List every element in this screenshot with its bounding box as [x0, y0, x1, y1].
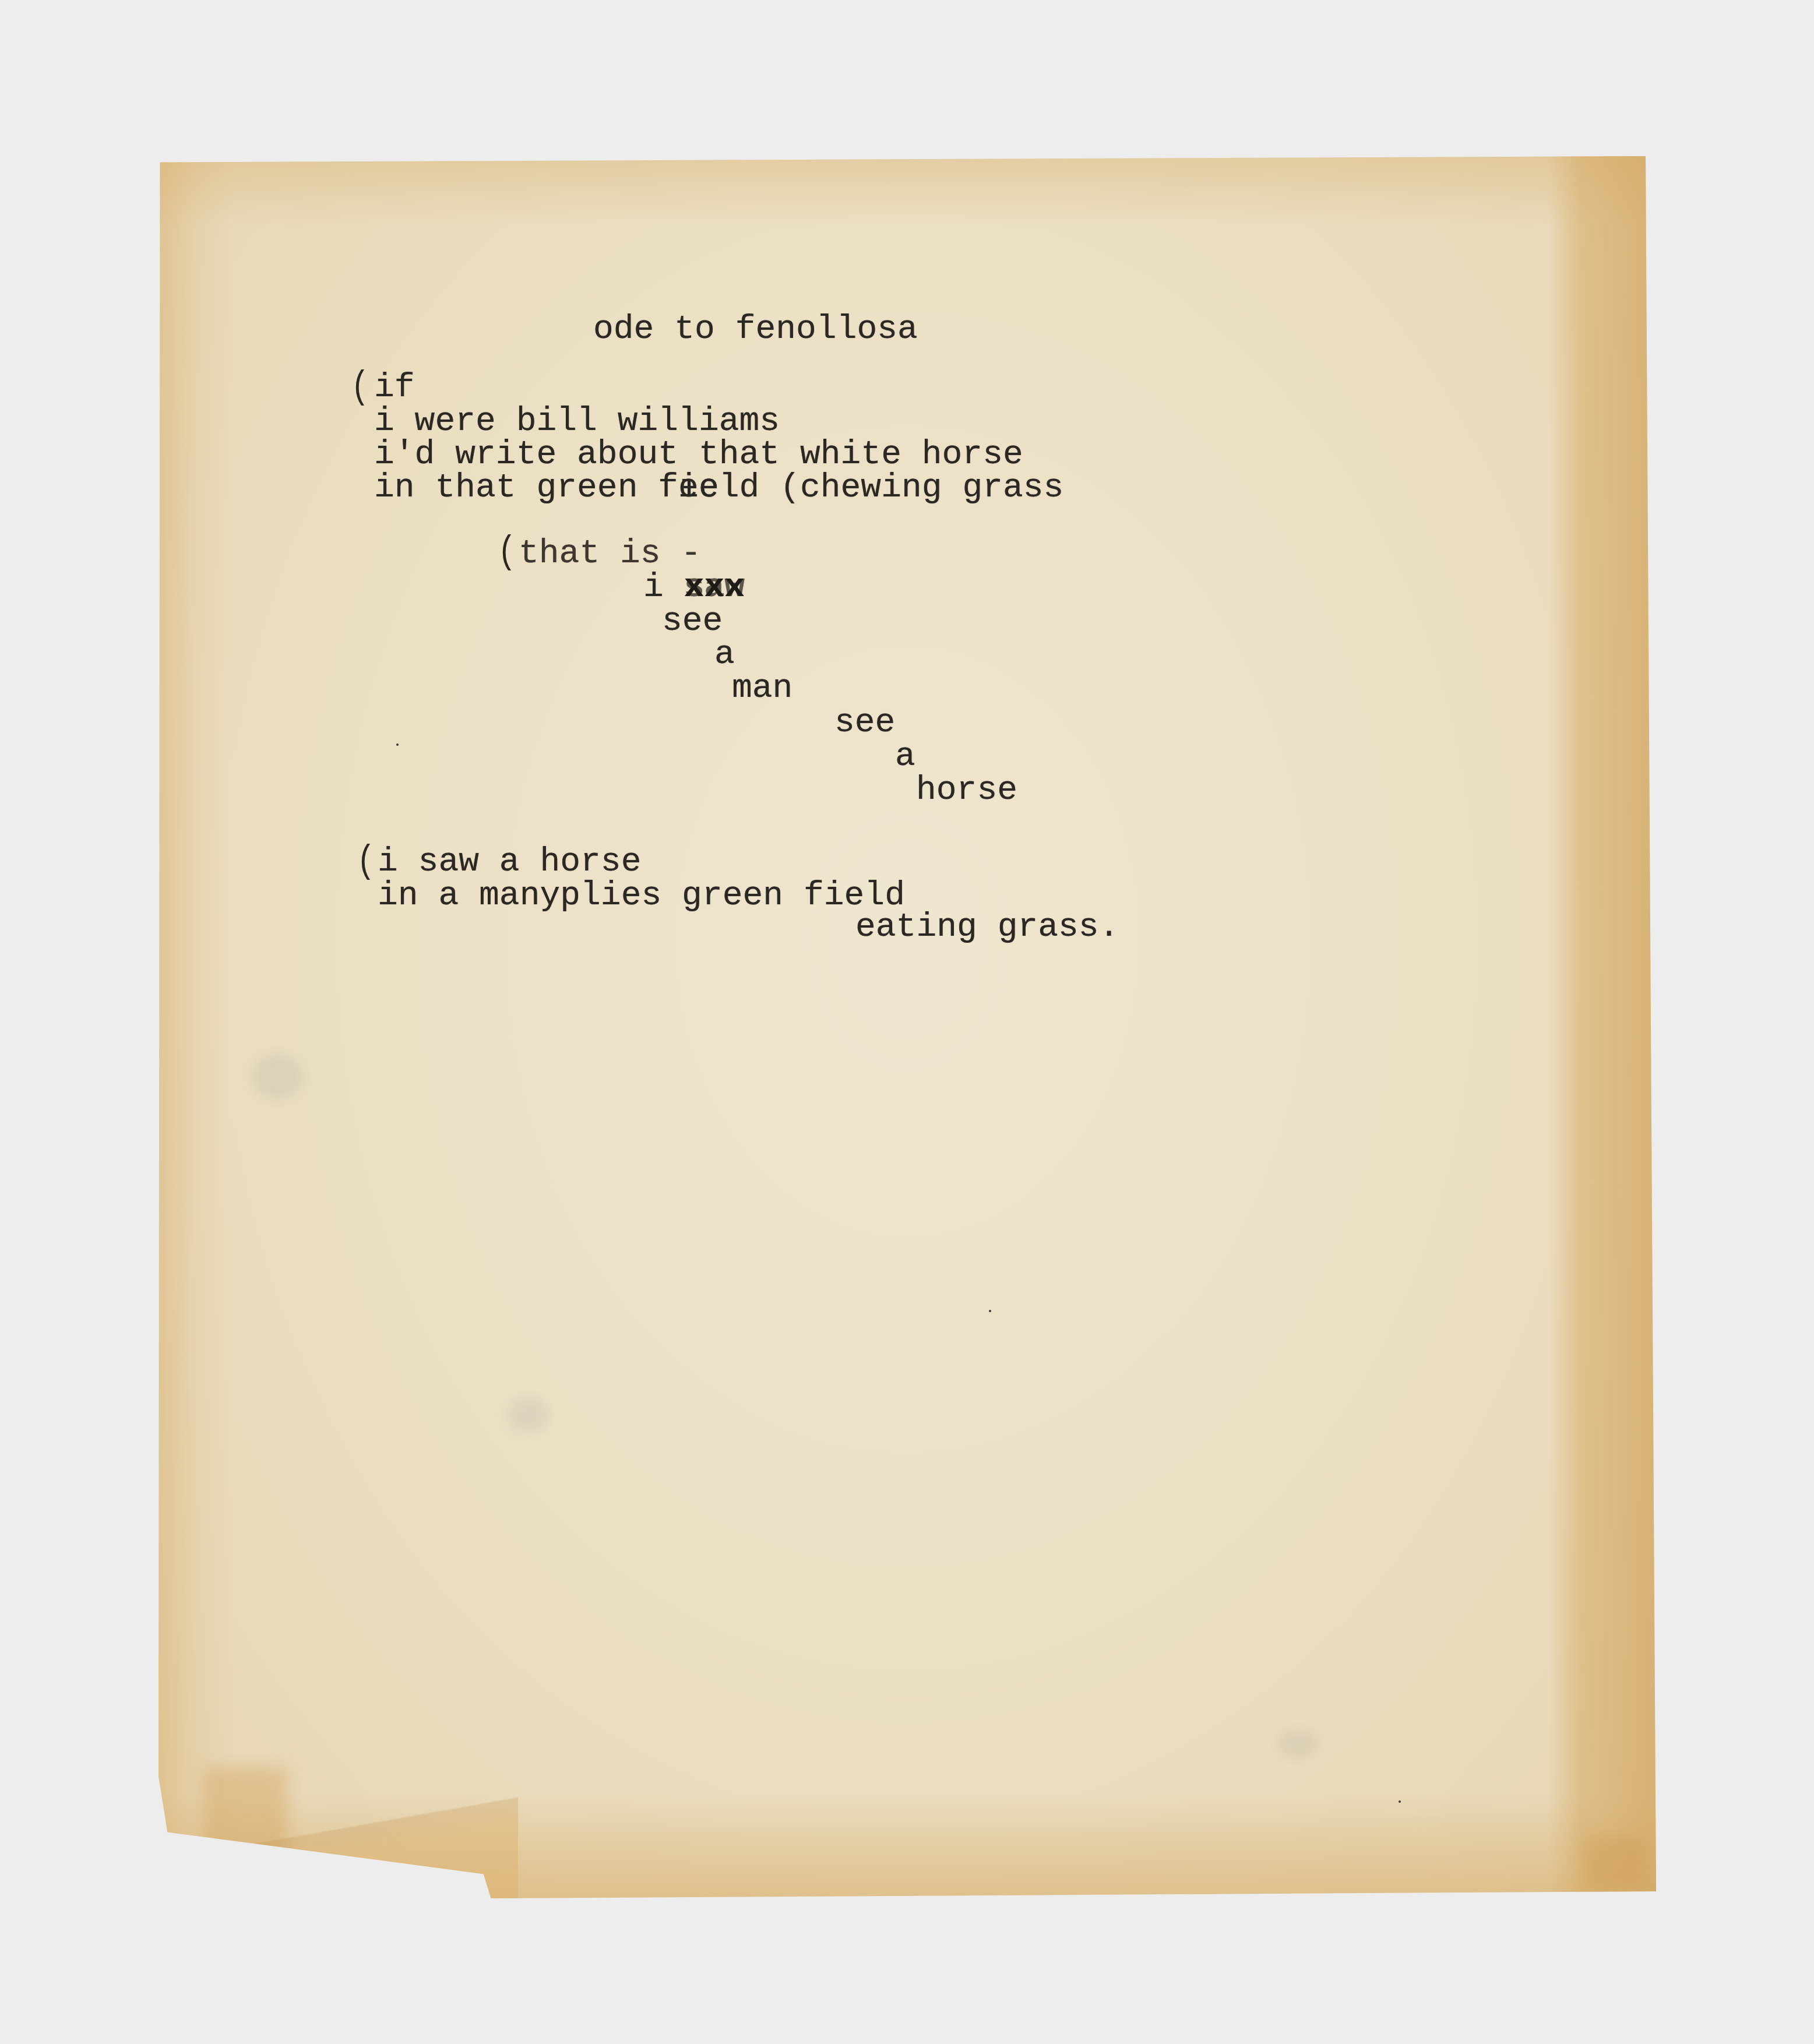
poem-line: eating grass.	[855, 911, 1119, 945]
poem-line: i saw a horse	[378, 845, 641, 879]
poem-line: i were bill williams	[374, 405, 780, 439]
poem-line: i'd write about that white horse	[374, 438, 1023, 472]
poem-title: ode to fenollosa	[593, 313, 918, 347]
poem-line: i sawxxx	[643, 571, 745, 605]
smudge-mark	[1277, 1729, 1318, 1758]
line-tail: chewing grass	[800, 469, 1063, 507]
poem-line: in a manyplies green field	[378, 879, 905, 913]
open-parenthesis: (	[351, 368, 369, 407]
poem-line: if	[374, 371, 415, 405]
paper-speck	[989, 1310, 991, 1312]
stair-word: a	[895, 740, 915, 774]
water-stain	[1584, 1837, 1644, 1890]
line-middle: ld	[719, 469, 780, 507]
stair-word: see	[662, 605, 723, 639]
open-parenthesis: (	[498, 533, 516, 572]
overstruck-letters: ieee	[678, 471, 719, 505]
word-i: i	[643, 569, 664, 607]
typed-over: ee	[678, 471, 719, 505]
smudge-mark	[508, 1397, 549, 1432]
open-parenthesis: (	[357, 843, 375, 881]
paper-speck	[1399, 1800, 1401, 1803]
smudge-mark	[252, 1053, 304, 1100]
poem-line: that is -	[519, 537, 701, 571]
stair-word: man	[732, 672, 792, 706]
water-stain	[203, 1768, 287, 1863]
typed-under: saw	[684, 571, 745, 605]
struck-out-word: sawxxx	[684, 571, 745, 605]
inner-parenthesis: (	[780, 469, 800, 507]
paper-speck	[396, 743, 399, 746]
stair-word: see	[834, 706, 895, 740]
line-prefix: in that green f	[374, 469, 678, 507]
stair-word: horse	[916, 774, 1017, 808]
poem-line: in that green fieeeld (chewing grass	[374, 471, 1063, 505]
stair-word: a	[714, 638, 735, 672]
